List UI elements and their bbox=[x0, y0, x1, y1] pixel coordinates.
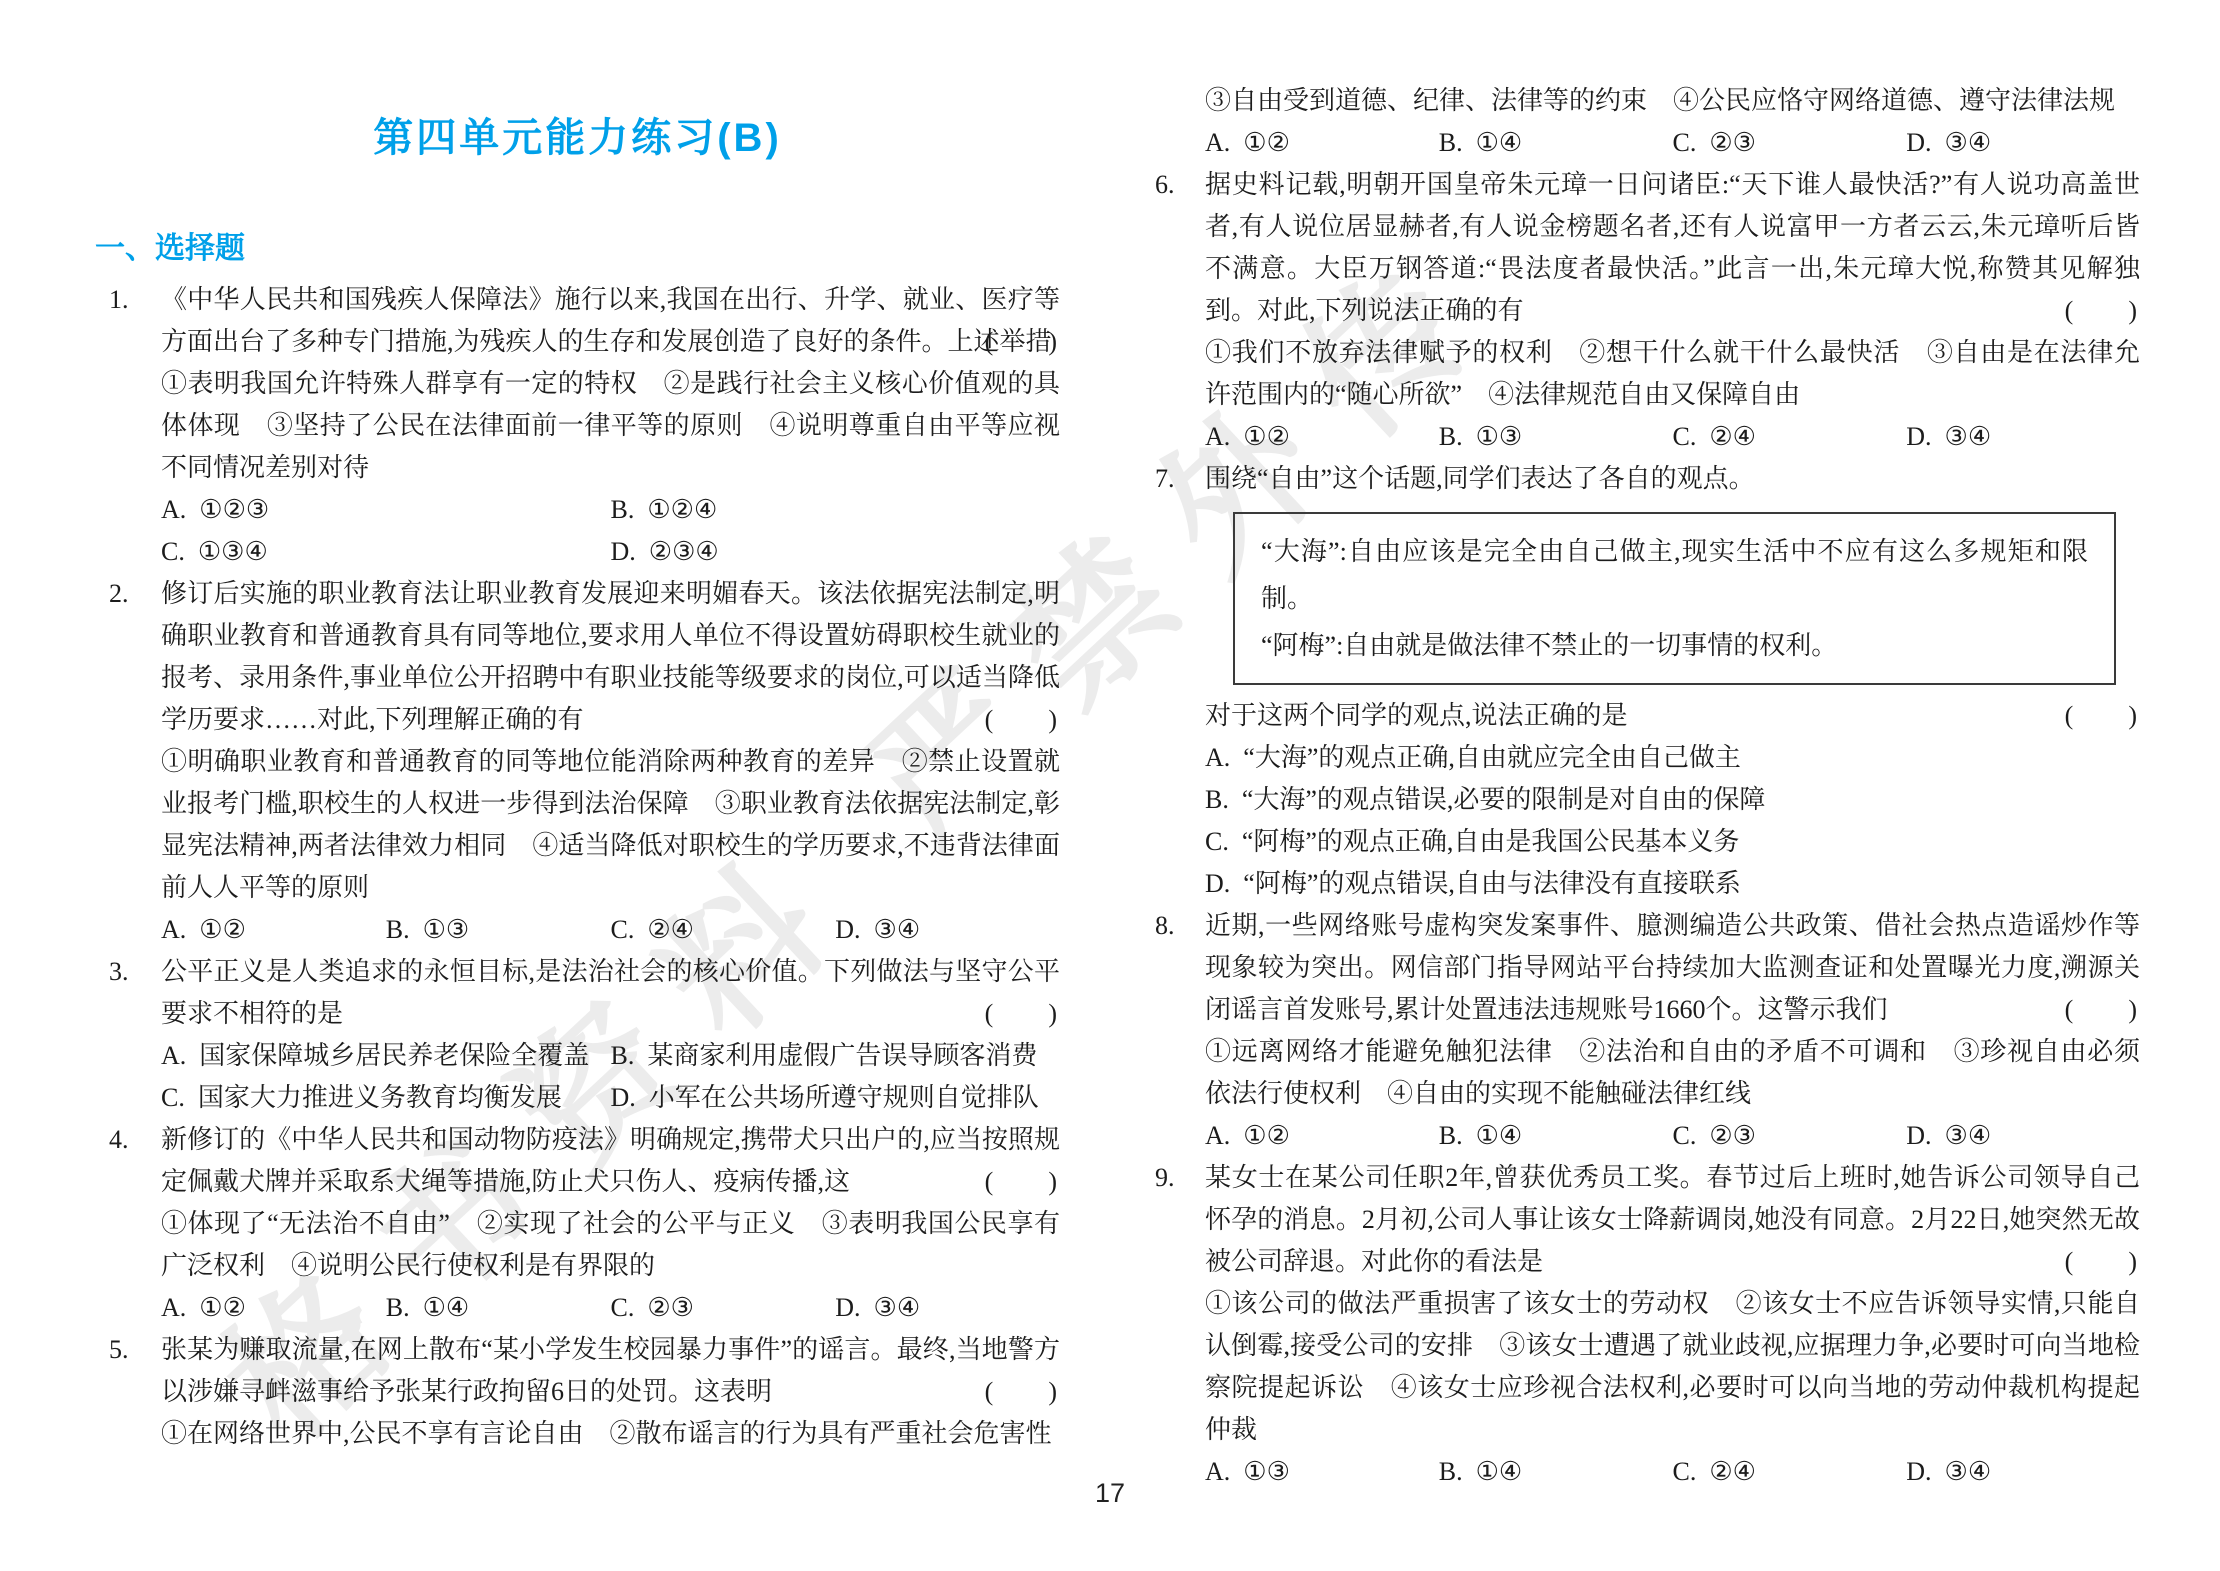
option-item: C.“阿梅”的观点正确,自由是我国公民基本义务 bbox=[1205, 821, 2140, 863]
option-item: C.国家大力推进义务教育均衡发展 bbox=[161, 1077, 611, 1119]
option-label: D. bbox=[1205, 869, 1230, 898]
option-item: D.③④ bbox=[1906, 122, 2140, 164]
dialogue-line: “大海”:自由应该是完全由自己做主,现实生活中不应有这么多规矩和限制。 bbox=[1261, 528, 2088, 622]
option-text: ③④ bbox=[1945, 1121, 1992, 1150]
question-suboptions: ①明确职业教育和普通教育的同等地位能消除两种教育的差异 ②禁止设置就业报考门槛,… bbox=[161, 741, 1060, 909]
option-text: ①③④ bbox=[198, 537, 268, 566]
option-item: D.“阿梅”的观点错误,自由与法律没有直接联系 bbox=[1205, 863, 2140, 905]
option-text: ①②④ bbox=[647, 495, 717, 524]
option-text: 国家大力推进义务教育均衡发展 bbox=[198, 1083, 562, 1112]
answer-paren: ( ) bbox=[985, 321, 1058, 363]
options-row: A.①②③B.①②④C.①③④D.②③④ bbox=[161, 489, 1060, 573]
question-suboptions: ①表明我国允许特殊人群享有一定的特权 ②是践行社会主义核心价值观的具体体现 ③坚… bbox=[161, 363, 1060, 489]
option-label: C. bbox=[1673, 1121, 1697, 1150]
question-stem-line: 公平正义是人类追求的永恒目标,是法治社会的核心价值。下列做法与坚守公平要求不相符… bbox=[161, 951, 1060, 1035]
question-stem: 据史料记载,明朝开国皇帝朱元璋一日问诸臣:“天下谁人最快活?”有人说功高盖世者,… bbox=[1205, 170, 2140, 325]
question-number: 8. bbox=[1155, 905, 1175, 947]
question-number: 2. bbox=[109, 573, 129, 615]
question-stem-line: 《中华人民共和国残疾人保障法》施行以来,我国在出行、升学、就业、医疗等方面出台了… bbox=[161, 279, 1060, 363]
option-item: A.①② bbox=[161, 909, 386, 951]
option-item: C.②③ bbox=[611, 1287, 836, 1329]
option-text: ①②③ bbox=[199, 495, 269, 524]
question-stem-line: 某女士在某公司任职2年,曾获优秀员工奖。春节过后上班时,她告诉公司领导自己怀孕的… bbox=[1205, 1157, 2140, 1283]
option-label: A. bbox=[161, 1041, 186, 1070]
option-label: B. bbox=[1439, 422, 1463, 451]
question-stem: 《中华人民共和国残疾人保障法》施行以来,我国在出行、升学、就业、医疗等方面出台了… bbox=[161, 285, 1060, 356]
option-text: “大海”的观点错误,必要的限制是对自由的保障 bbox=[1242, 785, 1766, 814]
option-label: D. bbox=[611, 1083, 636, 1112]
option-item: C.①③④ bbox=[161, 531, 611, 573]
option-label: A. bbox=[1205, 128, 1230, 157]
option-item: D.③④ bbox=[835, 1287, 1060, 1329]
question-number: 3. bbox=[109, 951, 129, 993]
option-label: B. bbox=[611, 495, 635, 524]
option-text: 某商家利用虚假广告误导顾客消费 bbox=[647, 1041, 1037, 1070]
option-text: ③④ bbox=[1945, 128, 1992, 157]
answer-paren: ( ) bbox=[985, 699, 1058, 741]
option-item: D.③④ bbox=[835, 909, 1060, 951]
answer-paren: ( ) bbox=[2065, 989, 2138, 1031]
options-row: A.①②B.①④C.②③D.③④ bbox=[1205, 1115, 2140, 1157]
question-stem-line: 据史料记载,明朝开国皇帝朱元璋一日问诸臣:“天下谁人最快活?”有人说功高盖世者,… bbox=[1205, 164, 2140, 332]
question-stem-line: 围绕“自由”这个话题,同学们表达了各自的观点。 bbox=[1205, 458, 2140, 500]
option-item: D.小军在公共场所遵守规则自觉排队 bbox=[611, 1077, 1061, 1119]
option-text: ②③ bbox=[647, 1293, 694, 1322]
question-suboptions: ①体现了“无法治不自由” ②实现了社会的公平与正义 ③表明我国公民享有广泛权利 … bbox=[161, 1203, 1060, 1287]
options-row: A.①②B.①④C.②③D.③④ bbox=[161, 1287, 1060, 1329]
option-label: B. bbox=[386, 915, 410, 944]
option-label: A. bbox=[1205, 422, 1230, 451]
option-text: ②④ bbox=[1709, 422, 1756, 451]
question: 8.近期,一些网络账号虚构突发案事件、臆测编造公共政策、借社会热点造谣炒作等现象… bbox=[1155, 905, 2140, 1157]
question-stem: 近期,一些网络账号虚构突发案事件、臆测编造公共政策、借社会热点造谣炒作等现象较为… bbox=[1205, 911, 2140, 1024]
option-item: A.①② bbox=[161, 1287, 386, 1329]
option-text: ②④ bbox=[647, 915, 694, 944]
column-right: ③自由受到道德、纪律、法律等的约束 ④公民应恪守网络道德、遵守法律法规A.①②B… bbox=[1155, 80, 2140, 1493]
option-item: C.②④ bbox=[611, 909, 836, 951]
option-text: ①③ bbox=[423, 915, 470, 944]
column-left: 第四单元能力练习(B) 一、选择题 1.《中华人民共和国残疾人保障法》施行以来,… bbox=[95, 92, 1060, 1455]
question-suboptions: ①我们不放弃法律赋予的权利 ②想干什么就干什么最快活 ③自由是在法律允许范围内的… bbox=[1205, 332, 2140, 416]
option-label: D. bbox=[1906, 1121, 1931, 1150]
answer-paren: ( ) bbox=[985, 1371, 1058, 1413]
option-label: D. bbox=[1906, 128, 1931, 157]
option-label: A. bbox=[161, 915, 186, 944]
option-label: D. bbox=[835, 1293, 860, 1322]
options-row: A.国家保障城乡居民养老保险全覆盖B.某商家利用虚假广告误导顾客消费C.国家大力… bbox=[161, 1035, 1060, 1119]
question-stem: 张某为赚取流量,在网上散布“某小学发生校园暴力事件”的谣言。最终,当地警方以涉嫌… bbox=[161, 1335, 1060, 1406]
option-text: ①④ bbox=[1476, 1121, 1523, 1150]
option-text: ②③④ bbox=[649, 537, 719, 566]
question-continuation: ③自由受到道德、纪律、法律等的约束 ④公民应恪守网络道德、遵守法律法规A.①②B… bbox=[1155, 80, 2140, 164]
page-title: 第四单元能力练习(B) bbox=[95, 106, 1060, 163]
option-text: ①② bbox=[199, 1293, 246, 1322]
question-number: 5. bbox=[109, 1329, 129, 1371]
option-item: C.②③ bbox=[1673, 122, 1907, 164]
option-text: ③④ bbox=[874, 915, 921, 944]
options-row: A.①②B.①③C.②④D.③④ bbox=[1205, 416, 2140, 458]
option-item: A.①② bbox=[1205, 416, 1439, 458]
option-text: ②③ bbox=[1709, 1121, 1756, 1150]
option-label: B. bbox=[1439, 128, 1463, 157]
option-text: ①④ bbox=[423, 1293, 470, 1322]
option-item: C.②④ bbox=[1673, 416, 1907, 458]
option-text: ①④ bbox=[1476, 128, 1523, 157]
question-number: 6. bbox=[1155, 164, 1175, 206]
option-item: B.某商家利用虚假广告误导顾客消费 bbox=[611, 1035, 1061, 1077]
section-header: 一、选择题 bbox=[95, 223, 1060, 267]
option-label: A. bbox=[161, 1293, 186, 1322]
option-label: C. bbox=[611, 1293, 635, 1322]
question: 1.《中华人民共和国残疾人保障法》施行以来,我国在出行、升学、就业、医疗等方面出… bbox=[95, 279, 1060, 573]
option-text: ①② bbox=[199, 915, 246, 944]
question-list-right: ③自由受到道德、纪律、法律等的约束 ④公民应恪守网络道德、遵守法律法规A.①②B… bbox=[1155, 80, 2140, 1493]
option-label: C. bbox=[611, 915, 635, 944]
option-item: A.国家保障城乡居民养老保险全覆盖 bbox=[161, 1035, 611, 1077]
option-item: B.①④ bbox=[1439, 1115, 1673, 1157]
option-text: “阿梅”的观点错误,自由与法律没有直接联系 bbox=[1243, 869, 1741, 898]
option-item: B.①④ bbox=[386, 1287, 611, 1329]
question-stem-line: 近期,一些网络账号虚构突发案事件、臆测编造公共政策、借社会热点造谣炒作等现象较为… bbox=[1205, 905, 2140, 1031]
option-item: C.②③ bbox=[1673, 1115, 1907, 1157]
answer-paren: ( ) bbox=[985, 993, 1058, 1035]
question: 3.公平正义是人类追求的永恒目标,是法治社会的核心价值。下列做法与坚守公平要求不… bbox=[95, 951, 1060, 1119]
answer-paren: ( ) bbox=[2065, 695, 2138, 737]
option-item: A.①② bbox=[1205, 122, 1439, 164]
question-list-left: 1.《中华人民共和国残疾人保障法》施行以来,我国在出行、升学、就业、医疗等方面出… bbox=[95, 279, 1060, 1455]
question-stem-line: 张某为赚取流量,在网上散布“某小学发生校园暴力事件”的谣言。最终,当地警方以涉嫌… bbox=[161, 1329, 1060, 1413]
options-row: A.①②B.①③C.②④D.③④ bbox=[161, 909, 1060, 951]
option-item: D.③④ bbox=[1906, 416, 2140, 458]
option-item: B.①③ bbox=[386, 909, 611, 951]
option-text: ①② bbox=[1243, 422, 1290, 451]
option-text: ③④ bbox=[874, 1293, 921, 1322]
option-text: ①② bbox=[1243, 128, 1290, 157]
option-text: ③④ bbox=[1945, 422, 1992, 451]
option-text: ①③ bbox=[1476, 422, 1523, 451]
option-label: A. bbox=[161, 495, 186, 524]
option-label: C. bbox=[1205, 827, 1229, 856]
option-item: A.“大海”的观点正确,自由就应完全由自己做主 bbox=[1205, 737, 2140, 779]
option-label: A. bbox=[1205, 1121, 1230, 1150]
question: 9.某女士在某公司任职2年,曾获优秀员工奖。春节过后上班时,她告诉公司领导自己怀… bbox=[1155, 1157, 2140, 1493]
question-stem-line: 新修订的《中华人民共和国动物防疫法》明确规定,携带犬只出户的,应当按照规定佩戴犬… bbox=[161, 1119, 1060, 1203]
page: 格书资料 严禁外传 第四单元能力练习(B) 一、选择题 1.《中华人民共和国残疾… bbox=[0, 0, 2220, 1571]
question: 5.张某为赚取流量,在网上散布“某小学发生校园暴力事件”的谣言。最终,当地警方以… bbox=[95, 1329, 1060, 1455]
option-item: D.③④ bbox=[1906, 1115, 2140, 1157]
option-label: C. bbox=[161, 1083, 185, 1112]
question-follow-line: 对于这两个同学的观点,说法正确的是( ) bbox=[1205, 695, 2140, 737]
options-row: A.“大海”的观点正确,自由就应完全由自己做主B.“大海”的观点错误,必要的限制… bbox=[1205, 737, 2140, 905]
option-label: D. bbox=[611, 537, 636, 566]
question-number: 1. bbox=[109, 279, 129, 321]
option-text: 国家保障城乡居民养老保险全覆盖 bbox=[199, 1041, 589, 1070]
question: 6.据史料记载,明朝开国皇帝朱元璋一日问诸臣:“天下谁人最快活?”有人说功高盖世… bbox=[1155, 164, 2140, 458]
option-item: B.①③ bbox=[1439, 416, 1673, 458]
question: 2.修订后实施的职业教育法让职业教育发展迎来明媚春天。该法依据宪法制定,明确职业… bbox=[95, 573, 1060, 951]
answer-paren: ( ) bbox=[985, 1161, 1058, 1203]
question-stem: 公平正义是人类追求的永恒目标,是法治社会的核心价值。下列做法与坚守公平要求不相符… bbox=[161, 957, 1060, 1028]
option-item: A.①② bbox=[1205, 1115, 1439, 1157]
question-stem: 围绕“自由”这个话题,同学们表达了各自的观点。 bbox=[1205, 464, 1755, 493]
option-text: ①② bbox=[1243, 1121, 1290, 1150]
question-suboptions: ①该公司的做法严重损害了该女士的劳动权 ②该女士不应告诉领导实情,只能自认倒霉,… bbox=[1205, 1283, 2140, 1451]
question-suboptions: ③自由受到道德、纪律、法律等的约束 ④公民应恪守网络道德、遵守法律法规 bbox=[1205, 80, 2140, 122]
option-item: B.①④ bbox=[1439, 122, 1673, 164]
answer-paren: ( ) bbox=[2065, 1241, 2138, 1283]
dialogue-box: “大海”:自由应该是完全由自己做主,现实生活中不应有这么多规矩和限制。“阿梅”:… bbox=[1233, 512, 2116, 685]
option-label: D. bbox=[835, 915, 860, 944]
option-item: B.①②④ bbox=[611, 489, 1061, 531]
question-stem-line: 修订后实施的职业教育法让职业教育发展迎来明媚春天。该法依据宪法制定,明确职业教育… bbox=[161, 573, 1060, 741]
answer-paren: ( ) bbox=[2065, 290, 2138, 332]
option-label: B. bbox=[611, 1041, 635, 1070]
question-suboptions: ①远离网络才能避免触犯法律 ②法治和自由的矛盾不可调和 ③珍视自由必须依法行使权… bbox=[1205, 1031, 2140, 1115]
option-label: C. bbox=[161, 537, 185, 566]
question-number: 7. bbox=[1155, 458, 1175, 500]
option-label: C. bbox=[1673, 128, 1697, 157]
option-text: ②③ bbox=[1709, 128, 1756, 157]
question: 7.围绕“自由”这个话题,同学们表达了各自的观点。“大海”:自由应该是完全由自己… bbox=[1155, 458, 2140, 905]
options-row: A.①②B.①④C.②③D.③④ bbox=[1205, 122, 2140, 164]
option-item: A.①②③ bbox=[161, 489, 611, 531]
question: 4.新修订的《中华人民共和国动物防疫法》明确规定,携带犬只出户的,应当按照规定佩… bbox=[95, 1119, 1060, 1329]
question-follow: 对于这两个同学的观点,说法正确的是 bbox=[1205, 701, 1628, 730]
option-text: “大海”的观点正确,自由就应完全由自己做主 bbox=[1243, 743, 1741, 772]
option-label: B. bbox=[1439, 1121, 1463, 1150]
option-label: B. bbox=[386, 1293, 410, 1322]
option-item: B.“大海”的观点错误,必要的限制是对自由的保障 bbox=[1205, 779, 2140, 821]
option-label: D. bbox=[1906, 422, 1931, 451]
question-stem: 修订后实施的职业教育法让职业教育发展迎来明媚春天。该法依据宪法制定,明确职业教育… bbox=[161, 579, 1060, 734]
question-number: 4. bbox=[109, 1119, 129, 1161]
option-item: D.②③④ bbox=[611, 531, 1061, 573]
question-stem: 新修订的《中华人民共和国动物防疫法》明确规定,携带犬只出户的,应当按照规定佩戴犬… bbox=[161, 1125, 1060, 1196]
question-number: 9. bbox=[1155, 1157, 1175, 1199]
dialogue-line: “阿梅”:自由就是做法律不禁止的一切事情的权利。 bbox=[1261, 622, 2088, 669]
question-suboptions: ①在网络世界中,公民不享有言论自由 ②散布谣言的行为具有严重社会危害性 bbox=[161, 1413, 1060, 1455]
option-text: 小军在公共场所遵守规则自觉排队 bbox=[649, 1083, 1039, 1112]
option-text: “阿梅”的观点正确,自由是我国公民基本义务 bbox=[1242, 827, 1740, 856]
option-label: C. bbox=[1673, 422, 1697, 451]
option-label: A. bbox=[1205, 743, 1230, 772]
question-stem: 某女士在某公司任职2年,曾获优秀员工奖。春节过后上班时,她告诉公司领导自己怀孕的… bbox=[1205, 1163, 2140, 1276]
option-label: B. bbox=[1205, 785, 1229, 814]
page-number: 17 bbox=[0, 1478, 2220, 1509]
